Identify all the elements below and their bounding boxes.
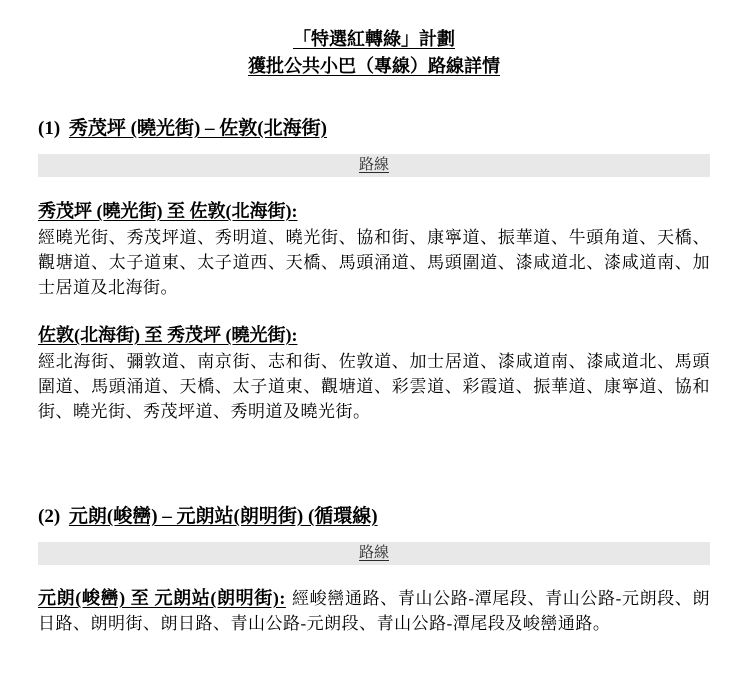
document-title: 「特選紅轉綠」計劃 獲批公共小巴（專線）路線詳情 bbox=[38, 26, 710, 80]
direction-inbound-heading: 佐敦(北海街) 至 秀茂坪 (曉光街): bbox=[38, 322, 710, 349]
route-bar-1-label: 路線 bbox=[359, 157, 389, 173]
section-1-number: (1) bbox=[38, 118, 60, 139]
route-bar-2-label: 路線 bbox=[359, 545, 389, 561]
section-1-title: 秀茂坪 (曉光街) – 佐敦(北海街) bbox=[69, 118, 327, 139]
section-2-number: (2) bbox=[38, 506, 60, 527]
title-line-1: 「特選紅轉綠」計劃 bbox=[293, 29, 455, 49]
section-1-heading: (1) 秀茂坪 (曉光街) – 佐敦(北海街) bbox=[38, 116, 710, 142]
route-bar-2: 路線 bbox=[38, 542, 710, 565]
direction-inbound-body: 經北海街、彌敦道、南京街、志和街、佐敦道、加士居道、漆咸道南、漆咸道北、馬頭圍道… bbox=[38, 349, 710, 424]
title-line-2: 獲批公共小巴（專線）路線詳情 bbox=[248, 56, 500, 76]
section-2-heading: (2) 元朗(峻巒) – 元朗站(朗明街) (循環線) bbox=[38, 504, 710, 530]
direction-circular: 元朗(峻巒) 至 元朗站(朗明街):經峻巒通路、青山公路-潭尾段、青山公路-元朗… bbox=[38, 586, 710, 636]
document-content: 「特選紅轉綠」計劃 獲批公共小巴（專線）路線詳情 (1) 秀茂坪 (曉光街) –… bbox=[0, 0, 743, 636]
section-2-title: 元朗(峻巒) – 元朗站(朗明街) (循環線) bbox=[69, 506, 378, 527]
direction-outbound-body: 經曉光街、秀茂坪道、秀明道、曉光街、協和街、康寧道、振華道、牛頭角道、天橋、觀塘… bbox=[38, 225, 710, 300]
direction-outbound: 秀茂坪 (曉光街) 至 佐敦(北海街): 經曉光街、秀茂坪道、秀明道、曉光街、協… bbox=[38, 198, 710, 300]
route-bar-1: 路線 bbox=[38, 154, 710, 177]
direction-outbound-heading: 秀茂坪 (曉光街) 至 佐敦(北海街): bbox=[38, 198, 710, 225]
direction-circular-heading: 元朗(峻巒) 至 元朗站(朗明街): bbox=[38, 588, 286, 608]
document-page: 「特選紅轉綠」計劃 獲批公共小巴（專線）路線詳情 (1) 秀茂坪 (曉光街) –… bbox=[0, 0, 743, 698]
direction-inbound: 佐敦(北海街) 至 秀茂坪 (曉光街): 經北海街、彌敦道、南京街、志和街、佐敦… bbox=[38, 322, 710, 424]
